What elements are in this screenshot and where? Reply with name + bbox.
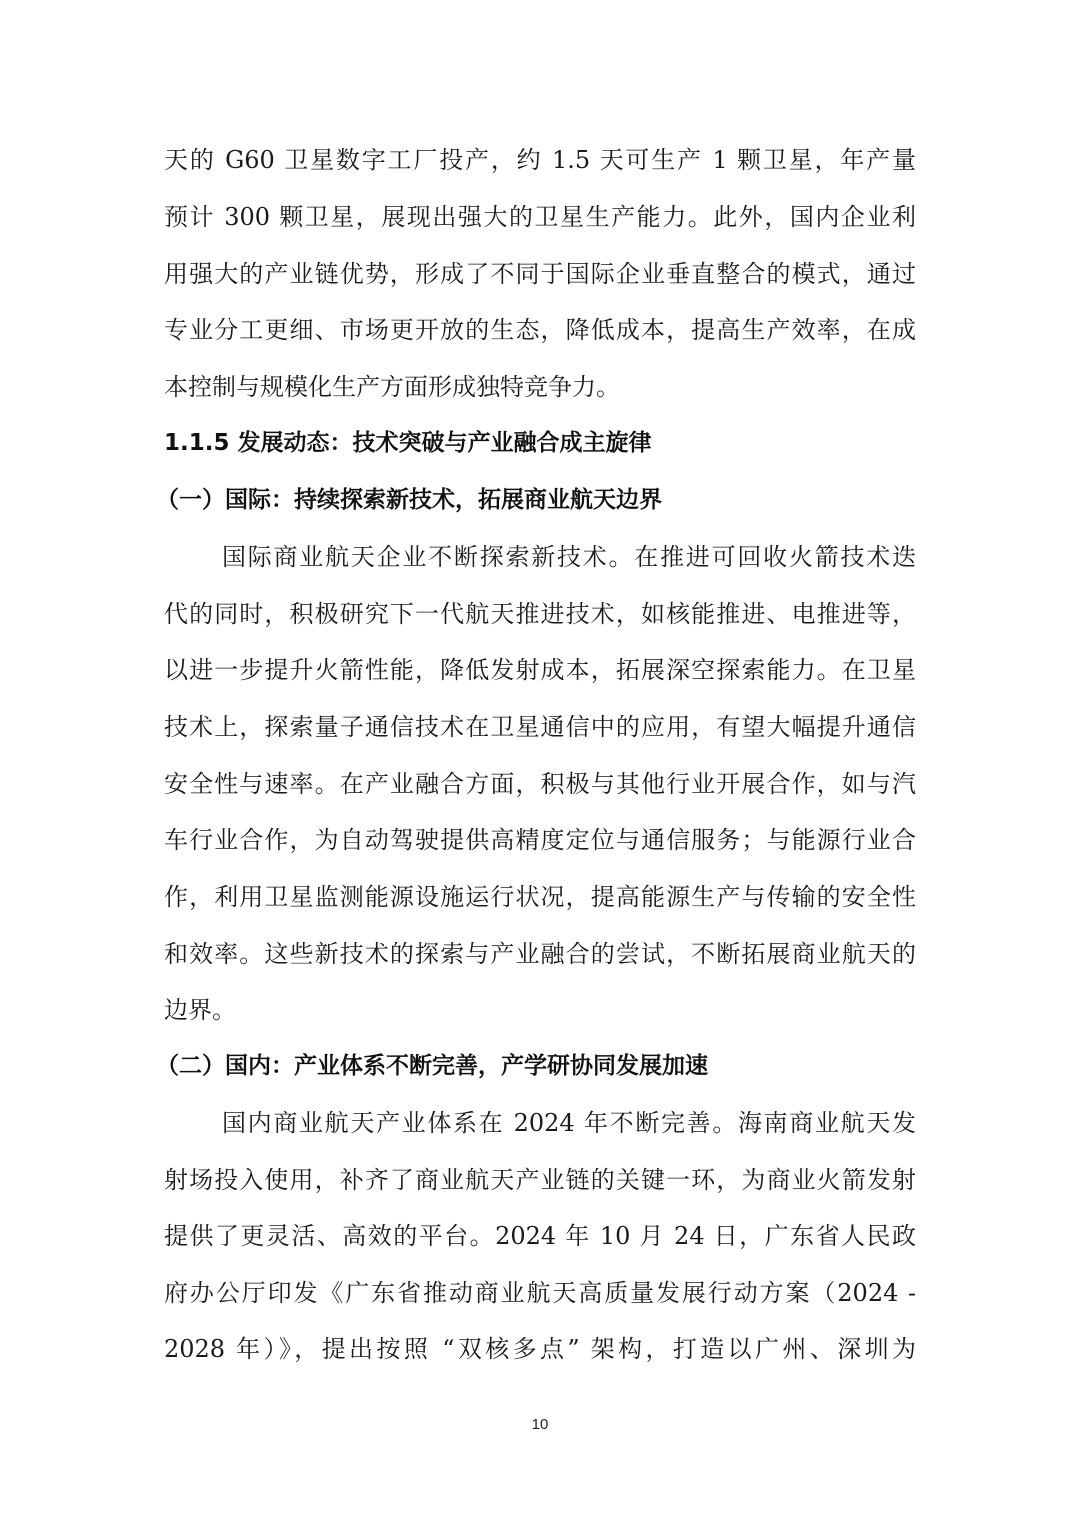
- paragraph-line: 代的同时，积极研究下一代航天推进技术，如核能推进、电推进等，: [164, 594, 916, 634]
- section-heading: 1.1.5 发展动态：技术突破与产业融合成主旋律: [164, 423, 916, 463]
- paragraph-line: 和效率。这些新技术的探索与产业融合的尝试，不断拓展商业航天的: [164, 934, 916, 974]
- paragraph-line: 天的 G60 卫星数字工厂投产，约 1.5 天可生产 1 颗卫星，年产量: [164, 140, 916, 180]
- paragraph-line: 预计 300 颗卫星，展现出强大的卫星生产能力。此外，国内企业利: [164, 197, 916, 237]
- subsection-heading-international: （一）国际：持续探索新技术，拓展商业航天边界: [156, 480, 908, 520]
- paragraph-line: 以进一步提升火箭性能，降低发射成本，拓展深空探索能力。在卫星: [164, 650, 916, 690]
- paragraph-line: 国际商业航天企业不断探索新技术。在推进可回收火箭技术迭: [222, 537, 916, 577]
- paragraph-line: 国内商业航天产业体系在 2024 年不断完善。海南商业航天发: [222, 1103, 916, 1143]
- page-number: 10: [0, 1416, 1080, 1433]
- paragraph-line: 本控制与规模化生产方面形成独特竞争力。: [164, 367, 916, 407]
- paragraph-line: 边界。: [164, 990, 916, 1030]
- paragraph-line: 提供了更灵活、高效的平台。2024 年 10 月 24 日，广东省人民政: [164, 1216, 916, 1256]
- paragraph-line: 安全性与速率。在产业融合方面，积极与其他行业开展合作，如与汽: [164, 764, 916, 804]
- subsection-heading-domestic: （二）国内：产业体系不断完善，产学研协同发展加速: [156, 1046, 908, 1086]
- paragraph-line: 射场投入使用，补齐了商业航天产业链的关键一环，为商业火箭发射: [164, 1160, 916, 1200]
- paragraph-line: 用强大的产业链优势，形成了不同于国际企业垂直整合的模式，通过: [164, 254, 916, 294]
- paragraph-line: 车行业合作，为自动驾驶提供高精度定位与通信服务；与能源行业合: [164, 820, 916, 860]
- paragraph-line: 作，利用卫星监测能源设施运行状况，提高能源生产与传输的安全性: [164, 877, 916, 917]
- paragraph-line: 专业分工更细、市场更开放的生态，降低成本，提高生产效率，在成: [164, 310, 916, 350]
- paragraph-line: 府办公厅印发《广东省推动商业航天高质量发展行动方案（2024 -: [164, 1273, 916, 1313]
- document-page: 天的 G60 卫星数字工厂投产，约 1.5 天可生产 1 颗卫星，年产量 预计 …: [0, 0, 1080, 1526]
- paragraph-line: 技术上，探索量子通信技术在卫星通信中的应用，有望大幅提升通信: [164, 707, 916, 747]
- paragraph-line: 2028 年）》，提出按照 “双核多点” 架构，打造以广州、深圳为: [164, 1329, 916, 1369]
